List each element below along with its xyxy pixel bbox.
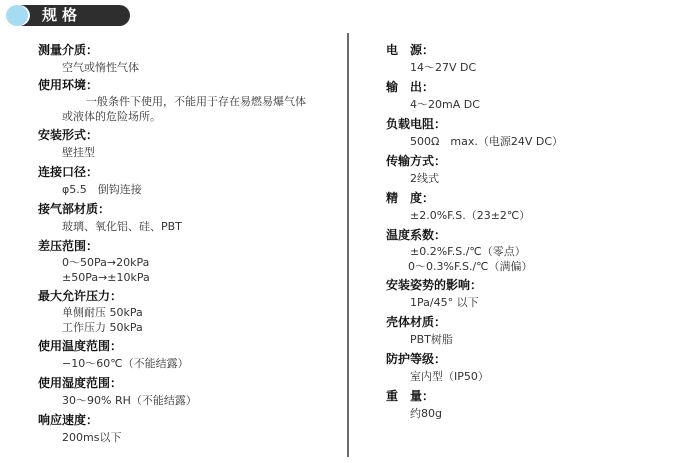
spec-medium: 测量介质： 空气或惰性气体	[38, 41, 338, 76]
spec-label: 精 度：	[386, 189, 686, 207]
spec-protection: 防护等级： 室内型（IP50）	[386, 350, 686, 385]
spec-label: 差压范围：	[38, 237, 338, 255]
spec-label: 使用温度范围：	[38, 337, 338, 355]
spec-transmission: 传输方式： 2线式	[386, 152, 686, 187]
spec-value: ±2.0%F.S.（23±2℃）	[386, 207, 686, 224]
spec-load: 负载电阻： 500Ω max.（电源24V DC）	[386, 115, 686, 150]
spec-value: 一般条件下使用，不能用于存在易燃易爆气体	[38, 94, 338, 109]
spec-value: 1Pa/45° 以下	[386, 294, 686, 311]
spec-value: −10～60℃（不能结露）	[38, 355, 338, 372]
spec-value: φ5.5 倒钩连接	[38, 181, 338, 198]
spec-diff-range: 差压范围： 0～50Pa→20kPa ±50Pa→±10kPa	[38, 237, 338, 285]
spec-temp-range: 使用温度范围： −10～60℃（不能结露）	[38, 337, 338, 372]
spec-label: 温度系数：	[386, 226, 686, 244]
spec-value: 0～50Pa→20kPa	[38, 255, 338, 270]
spec-label: 防护等级：	[386, 350, 686, 368]
spec-value: 室内型（IP50）	[386, 368, 686, 385]
spec-value: 空气或惰性气体	[38, 59, 338, 76]
spec-label: 使用环境：	[38, 76, 338, 94]
spec-column-right: 电 源： 14～27V DC 输 出： 4～20mA DC 负载电阻： 500Ω…	[386, 41, 686, 422]
spec-label: 接气部材质：	[38, 200, 338, 218]
spec-response: 响应速度： 200ms以下	[38, 411, 338, 446]
spec-label: 传输方式：	[386, 152, 686, 170]
spec-label: 重 量：	[386, 387, 686, 405]
spec-temp-coefficient: 温度系数： ±0.2%F.S./℃（零点） 0～0.3%F.S./℃（满偏）	[386, 226, 686, 274]
spec-accuracy: 精 度： ±2.0%F.S.（23±2℃）	[386, 189, 686, 224]
section-title: 规格	[42, 6, 82, 25]
column-divider	[347, 33, 349, 457]
header-dot-icon	[6, 5, 28, 26]
spec-label: 连接口径：	[38, 163, 338, 181]
spec-value: 2线式	[386, 170, 686, 187]
spec-power: 电 源： 14～27V DC	[386, 41, 686, 76]
spec-value: ±0.2%F.S./℃（零点）	[386, 244, 686, 259]
spec-wetted-material: 接气部材质： 玻璃、氧化铝、硅、PBT	[38, 200, 338, 235]
spec-housing-material: 壳体材质： PBT树脂	[386, 313, 686, 348]
section-header: 规格	[6, 5, 126, 26]
spec-value: 单侧耐压 50kPa	[38, 305, 338, 320]
spec-orientation-effect: 安装姿势的影响： 1Pa/45° 以下	[386, 276, 686, 311]
spec-label: 电 源：	[386, 41, 686, 59]
spec-value: 工作压力 50kPa	[38, 320, 338, 335]
spec-label: 负载电阻：	[386, 115, 686, 133]
spec-value: 0～0.3%F.S./℃（满偏）	[386, 259, 686, 274]
spec-label: 壳体材质：	[386, 313, 686, 331]
spec-max-pressure: 最大允许压力： 单侧耐压 50kPa 工作压力 50kPa	[38, 287, 338, 335]
spec-label: 使用湿度范围：	[38, 374, 338, 392]
spec-value: 或液体的危险场所。	[38, 109, 338, 124]
spec-column-left: 测量介质： 空气或惰性气体 使用环境： 一般条件下使用，不能用于存在易燃易爆气体…	[38, 41, 338, 446]
spec-value: 14～27V DC	[386, 59, 686, 76]
spec-label: 最大允许压力：	[38, 287, 338, 305]
spec-value: 约80g	[386, 405, 686, 422]
spec-label: 安装形式：	[38, 126, 338, 144]
spec-value: 30～90% RH（不能结露）	[38, 392, 338, 409]
spec-weight: 重 量： 约80g	[386, 387, 686, 422]
spec-value: 壁挂型	[38, 144, 338, 161]
spec-environment: 使用环境： 一般条件下使用，不能用于存在易燃易爆气体 或液体的危险场所。	[38, 76, 338, 124]
spec-port: 连接口径： φ5.5 倒钩连接	[38, 163, 338, 198]
spec-value: 4～20mA DC	[386, 96, 686, 113]
spec-mounting: 安装形式： 壁挂型	[38, 126, 338, 161]
spec-value: 200ms以下	[38, 429, 338, 446]
spec-value: PBT树脂	[386, 331, 686, 348]
spec-humidity-range: 使用湿度范围： 30～90% RH（不能结露）	[38, 374, 338, 409]
spec-label: 测量介质：	[38, 41, 338, 59]
spec-label: 安装姿势的影响：	[386, 276, 686, 294]
spec-label: 响应速度：	[38, 411, 338, 429]
spec-output: 输 出： 4～20mA DC	[386, 78, 686, 113]
spec-value: ±50Pa→±10kPa	[38, 270, 338, 285]
spec-label: 输 出：	[386, 78, 686, 96]
spec-value: 500Ω max.（电源24V DC）	[386, 133, 686, 150]
spec-value: 玻璃、氧化铝、硅、PBT	[38, 218, 338, 235]
